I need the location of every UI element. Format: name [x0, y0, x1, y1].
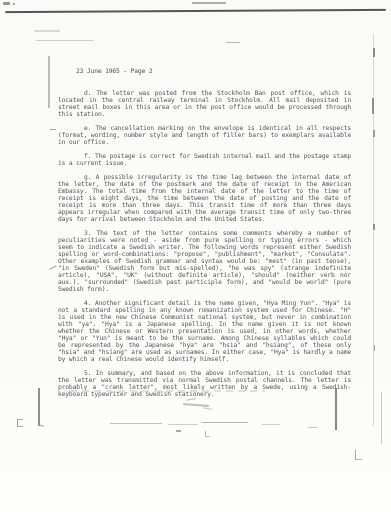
edge-tick: [373, 48, 375, 57]
paragraph-g: g. A possible irregularity is the time l…: [58, 174, 351, 223]
bottom-glyph-mark: [205, 431, 210, 437]
left-margin-tick: [48, 56, 50, 108]
bottom-smudge-line: [202, 422, 248, 423]
corner-smudge: [3, 2, 10, 5]
paragraph-f: f. The postage is correct for Swedish in…: [58, 153, 351, 167]
memo-text-block: 23 June 1965 - Page 2 d. The letter was …: [58, 68, 351, 405]
mid-dash: [226, 42, 240, 43]
bottom-smudge-line: [110, 423, 162, 424]
signature-smudge: [203, 407, 212, 410]
paragraph-d: d. The letter was posted from the Stockh…: [58, 90, 351, 118]
far-right-edge-line: [381, 392, 382, 444]
faint-dash: [36, 40, 94, 41]
edge-tick: [373, 130, 375, 137]
top-center-dash: [192, 2, 226, 4]
bottom-left-stroke-foot: [38, 424, 44, 427]
scan-fold-line: [5, 9, 386, 13]
margin-dash: [50, 129, 56, 130]
scanned-document-page: 23 June 1965 - Page 2 d. The letter was …: [0, 0, 391, 512]
page-header: 23 June 1965 - Page 2: [76, 68, 351, 75]
edge-tick: [372, 98, 374, 114]
edge-tick: [374, 345, 375, 351]
paragraph-e: e. The cancellation marking on the envel…: [58, 125, 351, 146]
bottom-smudge-line: [308, 427, 318, 428]
bottom-smudge-line: [168, 424, 198, 425]
page-edge-line: [373, 34, 374, 426]
speck-marks: [34, 30, 60, 32]
corner-dot: [13, 3, 15, 5]
bottom-smudge-dot: [176, 430, 181, 432]
edge-tick: [373, 224, 375, 230]
paragraph-5: 5. In summary, and based on the above in…: [58, 370, 351, 398]
paragraph-4: 4. Another significant detail is the nam…: [58, 300, 351, 363]
bottom-left-mark: [17, 419, 23, 427]
bottom-left-stroke: [38, 388, 40, 426]
bottom-bracket-mark: [355, 450, 362, 460]
margin-slash: [49, 265, 57, 270]
paragraph-3: 3. The text of the letter contains some …: [58, 230, 351, 293]
bottom-smudge-line: [262, 424, 280, 425]
